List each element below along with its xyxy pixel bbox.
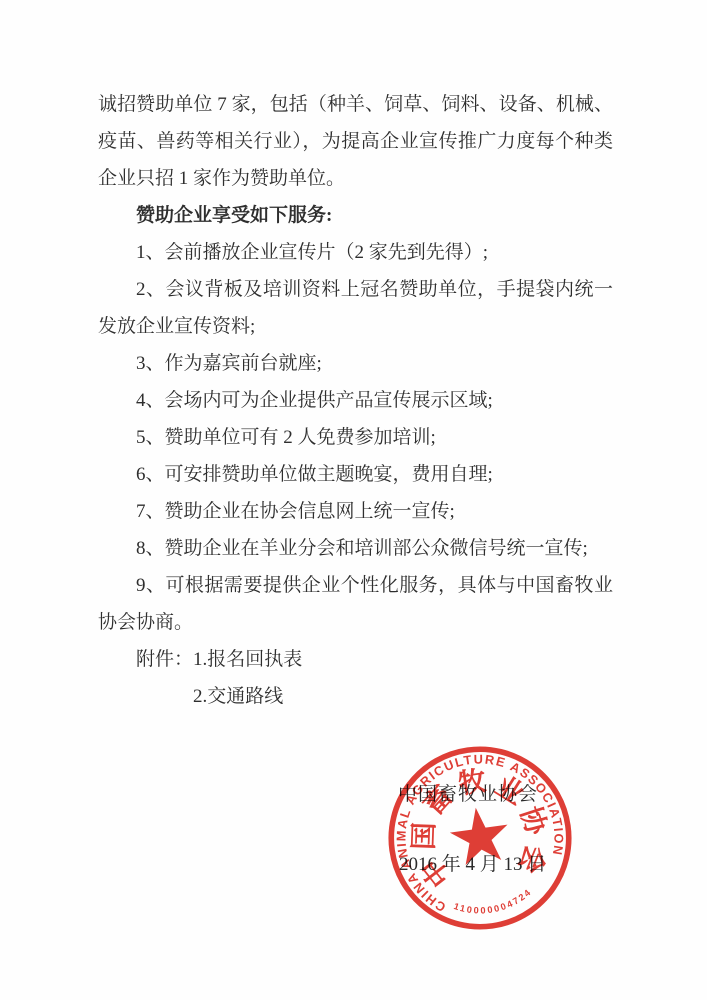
- document-page: 诚招赞助单位 7 家，包括（种羊、饲草、饲料、设备、机械、疫苗、兽药等相关行业）…: [0, 0, 707, 1000]
- document-body: 诚招赞助单位 7 家，包括（种羊、饲草、饲料、设备、机械、疫苗、兽药等相关行业）…: [98, 86, 613, 715]
- service-item-2: 2、会议背板及培训资料上冠名赞助单位，手提袋内统一发放企业宣传资料;: [98, 271, 613, 345]
- service-item-7: 7、赞助企业在协会信息网上统一宣传;: [98, 493, 613, 530]
- seal-char: 牧: [456, 765, 488, 800]
- service-item-4: 4、会场内可为企业提供产品宣传展示区域;: [98, 382, 613, 419]
- service-item-8: 8、赞助企业在羊业分会和培训部公众微信号统一宣传;: [98, 530, 613, 567]
- star-icon: [447, 804, 512, 867]
- intro-paragraph: 诚招赞助单位 7 家，包括（种羊、饲草、饲料、设备、机械、疫苗、兽药等相关行业）…: [98, 86, 613, 197]
- service-item-3: 3、作为嘉宾前台就座;: [98, 345, 613, 382]
- official-seal-graphic: CHINA ANIMAL AGRICULTURE ASSOCIATION 110…: [378, 736, 582, 940]
- service-item-5: 5、赞助单位可有 2 人免费参加培训;: [98, 419, 613, 456]
- service-item-1: 1、会前播放企业宣传片（2 家先到先得）;: [98, 234, 613, 271]
- attachments-label: 附件：: [136, 649, 193, 670]
- attachment-item-1: 1.报名回执表: [193, 649, 302, 670]
- service-item-6: 6、可安排赞助单位做主题晚宴，费用自理;: [98, 456, 613, 493]
- attachments-line: 附件：1.报名回执表: [98, 641, 613, 678]
- attachment-item-2: 2.交通路线: [193, 678, 613, 715]
- seal-char: 国: [408, 822, 440, 851]
- seal-char: 会: [513, 841, 552, 879]
- seal-char: 畜: [417, 780, 458, 821]
- services-heading: 赞助企业享受如下服务:: [98, 197, 613, 234]
- service-item-9: 9、可根据需要提供企业个性化服务，具体与中国畜牧业协会协商。: [98, 567, 613, 641]
- official-seal: CHINA ANIMAL AGRICULTURE ASSOCIATION 110…: [378, 736, 582, 940]
